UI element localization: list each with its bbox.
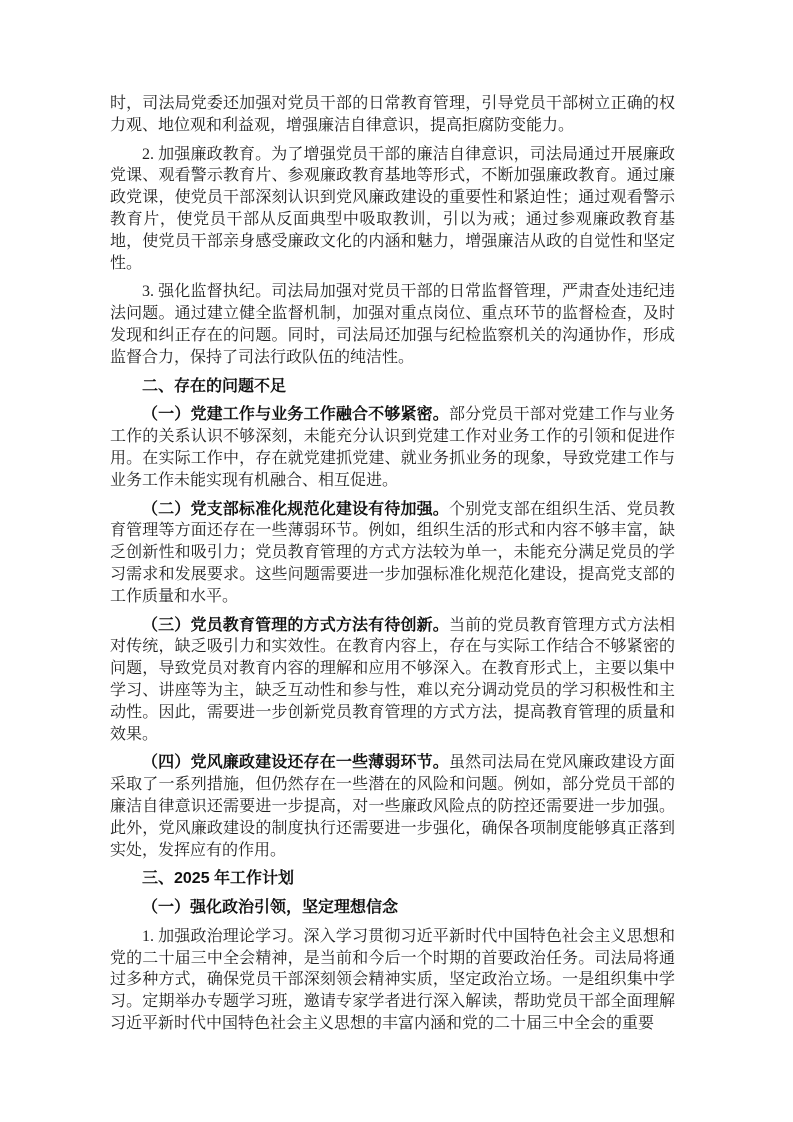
body-paragraph-problem-4: （四）党风廉政建设还存在一些薄弱环节。虽然司法局在党风廉政建设方面采取了一系列措… (110, 752, 675, 861)
body-paragraph-problem-3: （三）党员教育管理的方式方法有待创新。当前的党员教育管理方式方法相对传统，缺乏吸… (110, 615, 675, 746)
paragraph-text-problem-3: 当前的党员教育管理方式方法相对传统，缺乏吸引力和实效性。在教育内容上，存在与实际… (110, 617, 675, 743)
body-paragraph-problem-2: （二）党支部标准化规范化建设有待加强。个别党支部在组织生活、党员教育管理等方面还… (110, 499, 675, 608)
paragraph-lead-problem-4: （四）党风廉政建设还存在一些薄弱环节。 (142, 754, 449, 771)
document-page: 时，司法局党委还加强对党员干部的日常教育管理，引导党员干部树立正确的权力观、地位… (0, 0, 793, 1122)
paragraph-lead-problem-2: （二）党支部标准化规范化建设有待加强。 (142, 501, 449, 518)
paragraph-lead-problem-3: （三）党员教育管理的方式方法有待创新。 (142, 617, 449, 634)
section-heading-2025-plan: 三、2025 年工作计划 (110, 868, 675, 890)
body-paragraph-problem-1: （一）党建工作与业务工作融合不够紧密。部分党员干部对党建工作与业务工作的关系认识… (110, 404, 675, 491)
subsection-heading-political-guidance: （一）强化政治引领，坚定理想信念 (110, 897, 675, 919)
body-paragraph-3-supervision-discipline: 3. 强化监督执纪。司法局加强对党员干部的日常监督管理，严肃查处违纪违法问题。通… (110, 281, 675, 368)
paragraph-lead-problem-1: （一）党建工作与业务工作融合不够紧密。 (142, 406, 449, 423)
body-paragraph-theory-study: 1. 加强政治理论学习。深入学习贯彻习近平新时代中国特色社会主义思想和党的二十届… (110, 926, 675, 1035)
section-heading-problems: 二、存在的问题不足 (110, 376, 675, 398)
body-paragraph-2-integrity-education: 2. 加强廉政教育。为了增强党员干部的廉洁自律意识，司法局通过开展廉政党课、观看… (110, 144, 675, 275)
body-paragraph-continuation: 时，司法局党委还加强对党员干部的日常教育管理，引导党员干部树立正确的权力观、地位… (110, 93, 675, 137)
